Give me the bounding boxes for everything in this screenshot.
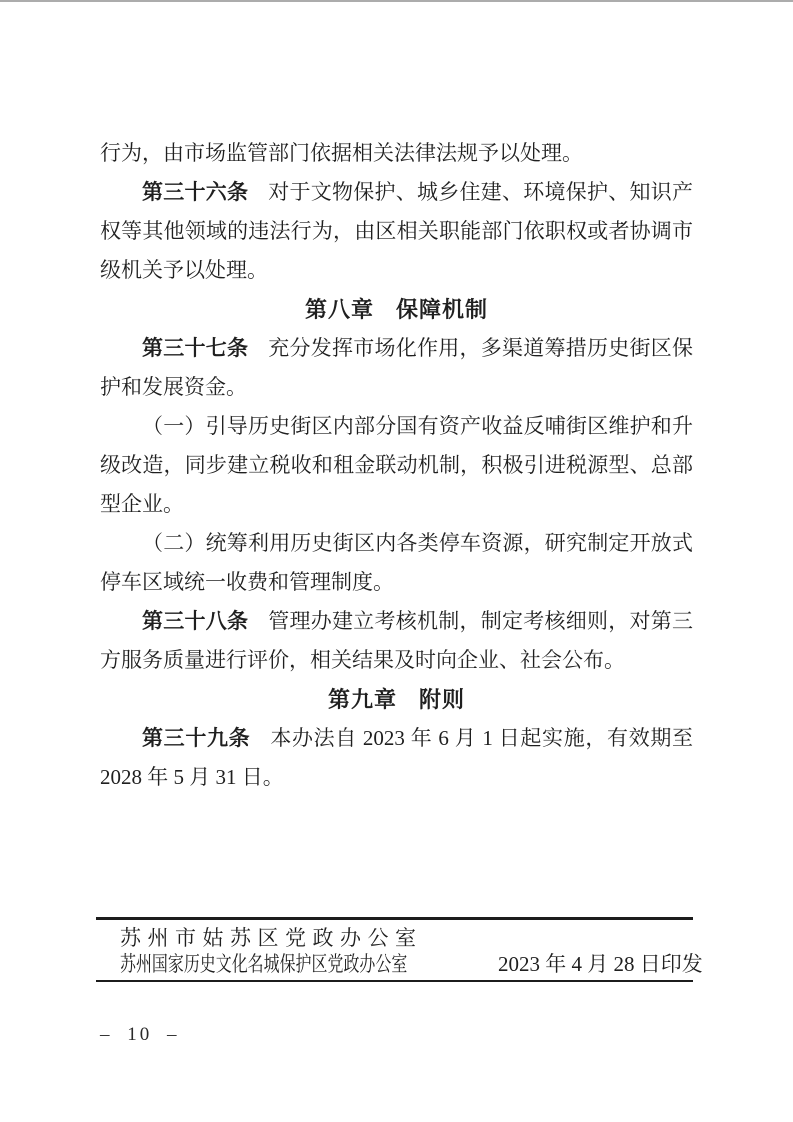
print-date: 2023 年 4 月 28 日印发 [498, 951, 705, 977]
paragraph-text: 行为，由市场监管部门依据相关法律法规予以处理。 [100, 141, 583, 165]
issuing-office-line-1: 苏州市姑苏区党政办公室 [120, 925, 423, 951]
chapter-9-number: 第九章 [328, 687, 397, 712]
footer-org-row-1: 苏州市姑苏区党政办公室 [96, 925, 693, 951]
article-37-paragraph: 第三十七条充分发挥市场化作用，多渠道筹措历史街区保护和发展资金。 [100, 329, 693, 407]
article-39-label: 第三十九条 [142, 726, 250, 750]
footer-org-row-2: 苏州国家历史文化名城保护区党政办公室 2023 年 4 月 28 日印发 [96, 951, 693, 977]
issuance-footer-block: 苏州市姑苏区党政办公室 苏州国家历史文化名城保护区党政办公室 2023 年 4 … [96, 917, 693, 982]
article-36-label: 第三十六条 [142, 180, 248, 204]
article-38-paragraph: 第三十八条管理办建立考核机制，制定考核细则，对第三方服务质量进行评价，相关结果及… [100, 602, 693, 680]
article-36-paragraph: 第三十六条对于文物保护、城乡住建、环境保护、知识产权等其他领域的违法行为，由区相… [100, 173, 693, 290]
article-39-paragraph: 第三十九条本办法自 2023 年 6 月 1 日起实施，有效期至 2028 年 … [100, 719, 693, 797]
page-number: – 10 – [100, 1024, 180, 1046]
article-38-label: 第三十八条 [142, 609, 248, 633]
item-1-paragraph: （一）引导历史街区内部分国有资产收益反哺街区维护和升级改造，同步建立税收和租金联… [100, 407, 693, 524]
issuing-office-line-2-wrap: 苏州国家历史文化名城保护区党政办公室 [120, 951, 498, 977]
document-page: 行为，由市场监管部门依据相关法律法规予以处理。 第三十六条对于文物保护、城乡住建… [0, 0, 793, 1122]
article-37-label: 第三十七条 [142, 336, 248, 360]
document-body: 行为，由市场监管部门依据相关法律法规予以处理。 第三十六条对于文物保护、城乡住建… [100, 134, 693, 797]
chapter-8-heading: 第八章保障机制 [100, 290, 693, 329]
item-2-text: （二）统筹利用历史街区内各类停车资源，研究制定开放式停车区域统一收费和管理制度。 [100, 531, 693, 594]
item-2-paragraph: （二）统筹利用历史街区内各类停车资源，研究制定开放式停车区域统一收费和管理制度。 [100, 524, 693, 602]
chapter-9-title: 附则 [419, 687, 465, 712]
scan-artifact-top-edge [0, 0, 793, 2]
chapter-9-heading: 第九章附则 [100, 680, 693, 719]
paragraph-continuation: 行为，由市场监管部门依据相关法律法规予以处理。 [100, 134, 693, 173]
chapter-8-number: 第八章 [305, 297, 374, 322]
issuing-office-line-2: 苏州国家历史文化名城保护区党政办公室 [120, 951, 407, 977]
chapter-8-title: 保障机制 [396, 297, 488, 322]
item-1-text: （一）引导历史街区内部分国有资产收益反哺街区维护和升级改造，同步建立税收和租金联… [100, 414, 693, 516]
